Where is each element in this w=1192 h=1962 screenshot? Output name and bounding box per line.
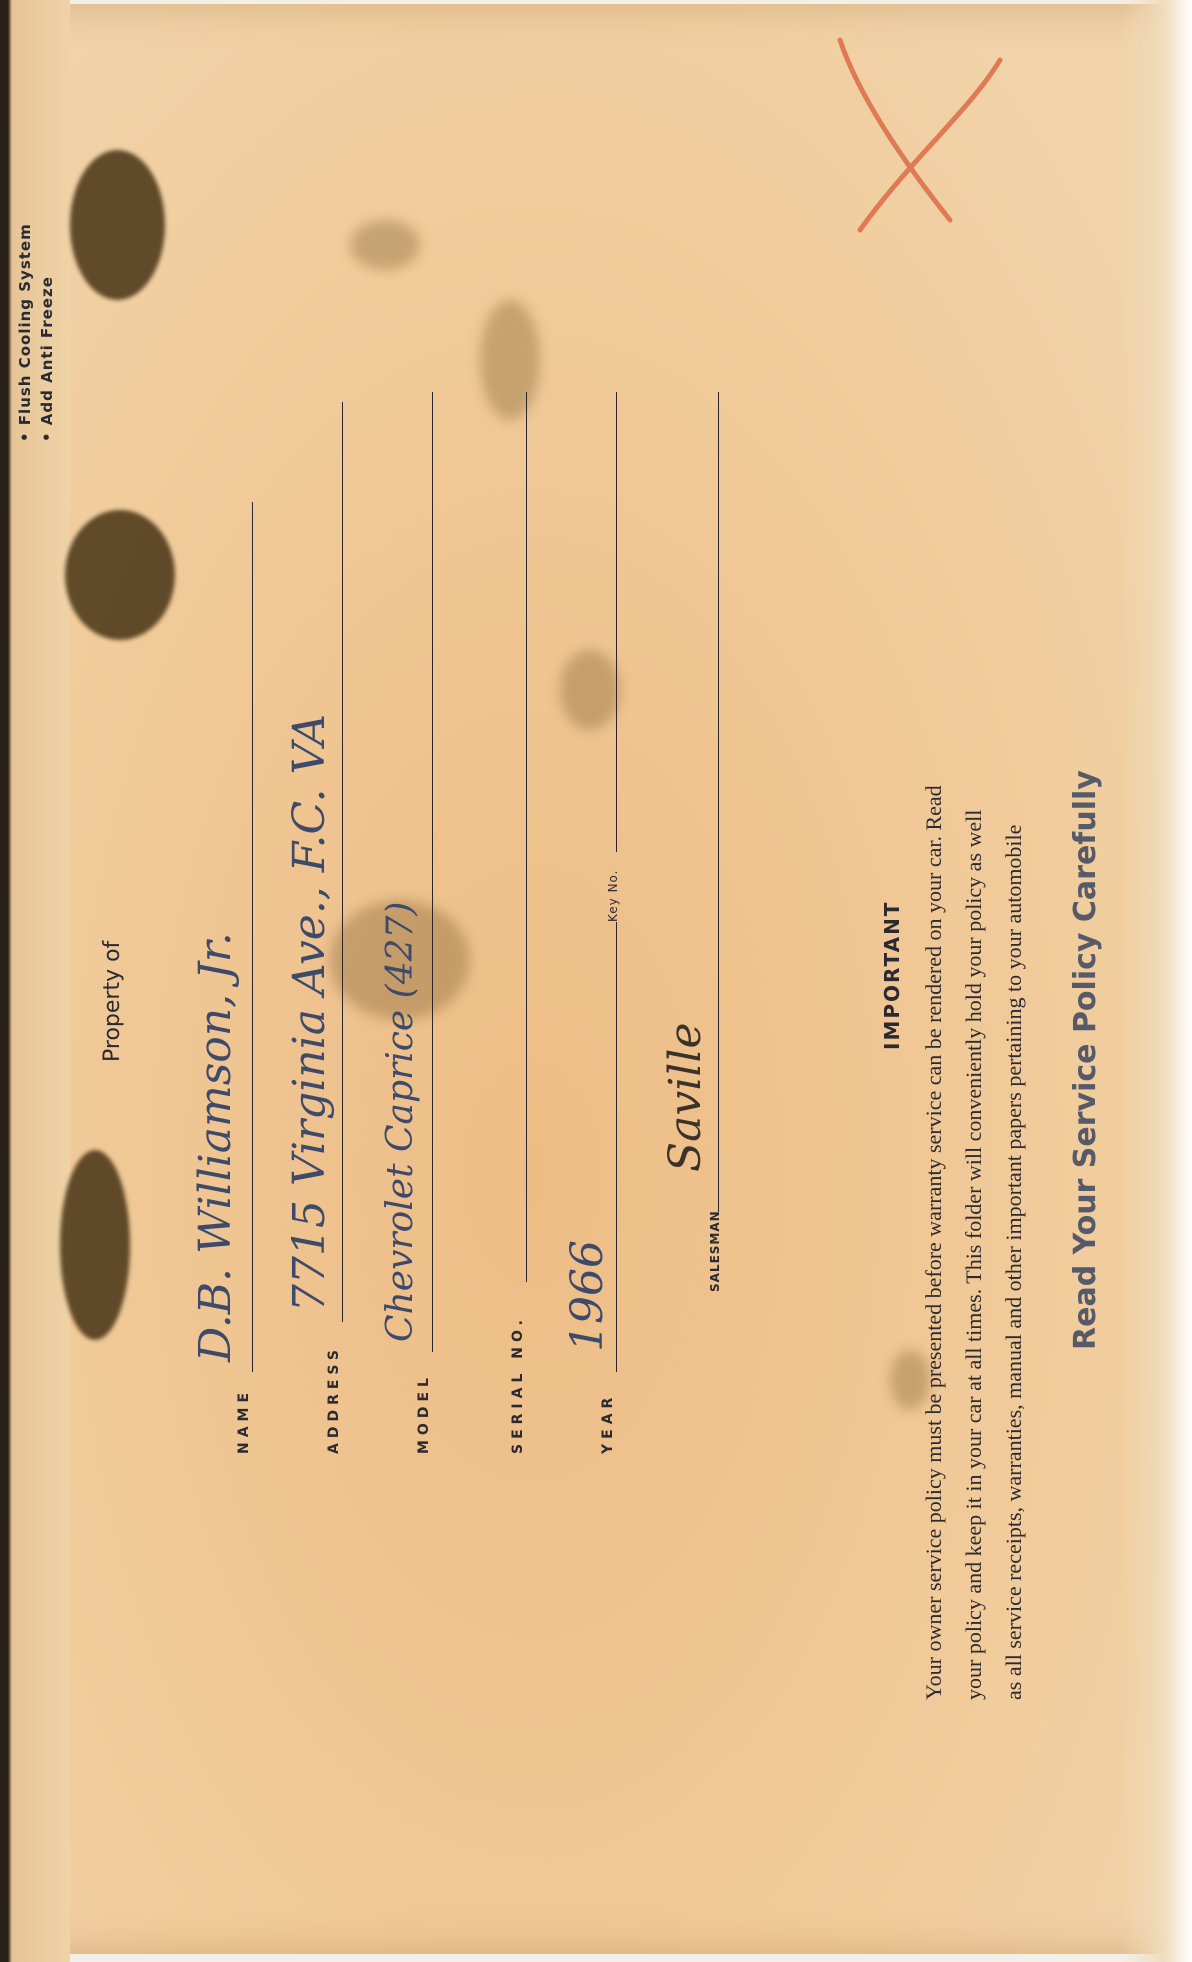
read-policy-banner: Read Your Service Policy Carefully (1068, 770, 1103, 1350)
year-line (616, 922, 617, 1372)
address-label: ADDRESS (326, 1345, 342, 1454)
property-of-label: Property of (100, 941, 125, 1062)
salesman-label: SALESMAN (708, 1210, 722, 1292)
address-value[interactable]: 7715 Virginia Ave., F.C. VA (284, 714, 335, 1312)
address-line (342, 402, 343, 1322)
name-label: NAME (236, 1388, 252, 1454)
model-value[interactable]: Chevrolet Caprice (427) (380, 902, 421, 1342)
key-label: Key No. (606, 870, 620, 923)
model-label: MODEL (416, 1373, 432, 1454)
side-note-line: • Add Anti Freeze (36, 223, 58, 442)
name-line (252, 502, 253, 1372)
paragraph-line: as all service receipts, warranties, man… (994, 785, 1034, 1700)
rotated-content: • Flush Cooling System • Add Anti Freeze… (0, 0, 1192, 1962)
key-line (616, 392, 617, 852)
serial-no-line (526, 392, 527, 1282)
model-line (432, 392, 433, 1352)
salesman-signature[interactable]: Saville (660, 1023, 711, 1173)
paragraph-line: Your owner service policy must be presen… (914, 785, 954, 1700)
name-value[interactable]: D.B. Williamson, Jr. (190, 932, 241, 1362)
year-value[interactable]: 1966 (562, 1240, 613, 1352)
serial-no-label: SERIAL NO. (510, 1315, 526, 1454)
year-label: YEAR (600, 1393, 616, 1454)
side-note: • Flush Cooling System • Add Anti Freeze (14, 223, 58, 442)
paragraph-line: your policy and keep it in your car at a… (954, 785, 994, 1700)
important-heading: IMPORTANT (880, 901, 904, 1050)
side-note-line: • Flush Cooling System (14, 223, 36, 442)
salesman-line (718, 392, 719, 1212)
important-paragraph: Your owner service policy must be presen… (914, 785, 1034, 1700)
